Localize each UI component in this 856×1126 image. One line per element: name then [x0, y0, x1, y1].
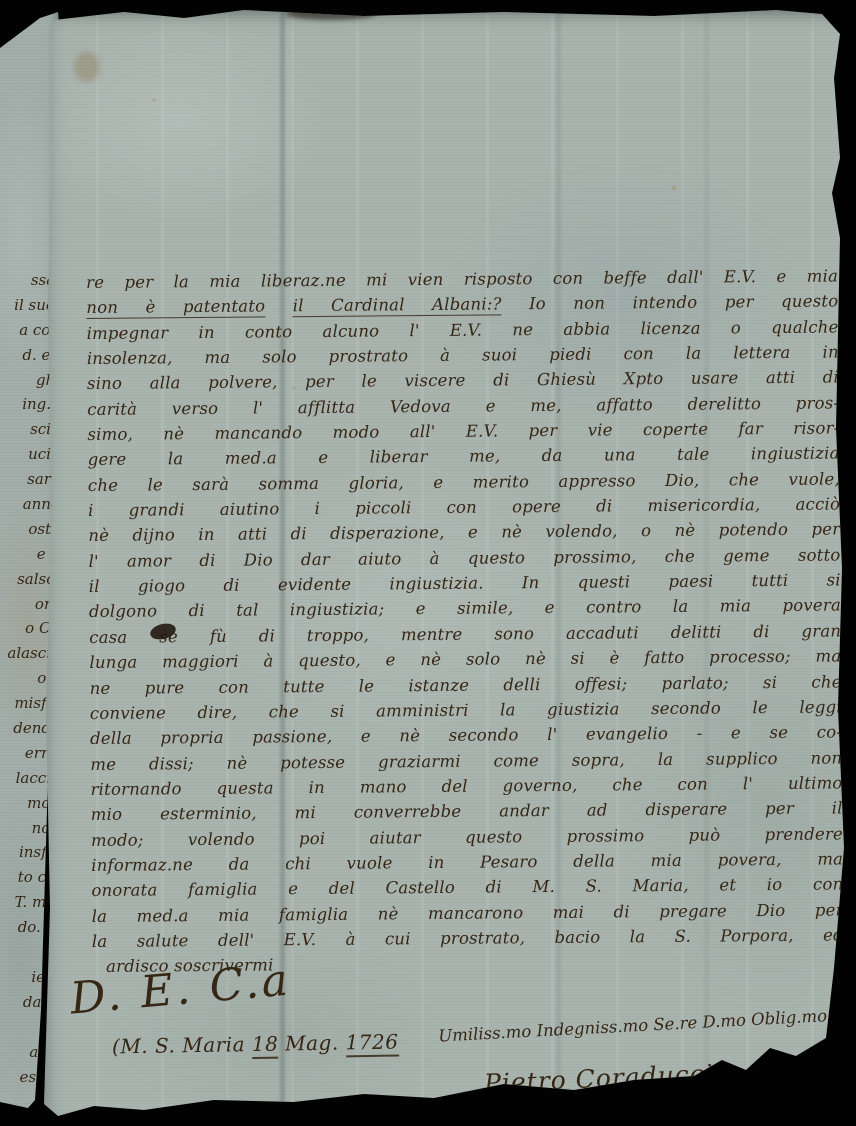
underlined-phrase: non è patentato — [86, 297, 265, 320]
dateline: (M. S. Maria 18 Mag. 1726 — [112, 1030, 399, 1059]
fragment-line: sarò — [0, 467, 60, 492]
fragment-line: oste — [0, 517, 60, 542]
stain — [74, 52, 100, 82]
dateline-month: Mag. — [285, 1031, 339, 1056]
stain — [286, 8, 376, 20]
manuscript-page: re per la mia liberaz.ne mi vien rispost… — [34, 8, 850, 1122]
dateline-place: M. S. Maria — [120, 1032, 245, 1058]
fragment-line: anno — [0, 492, 60, 517]
valediction-line: Umiliss.mo Indegniss.mo Se.re D.mo Oblig… — [438, 1005, 842, 1045]
underlined-phrase: il Cardinal Albani:? — [293, 295, 502, 318]
letter-line-segment: Io non intendo per questo — [501, 292, 838, 314]
dateline-day: 18 — [252, 1032, 279, 1059]
letter-body: re per la mia liberaz.ne mi vien rispost… — [86, 263, 844, 979]
signature: Pietro Coraducci — [483, 1059, 714, 1098]
scanned-manuscript: ssal il suo- a con d. ed ghi ing.a scio … — [0, 0, 856, 1126]
letter-line-segment — [265, 297, 293, 316]
dateline-year: 1726 — [345, 1030, 398, 1058]
